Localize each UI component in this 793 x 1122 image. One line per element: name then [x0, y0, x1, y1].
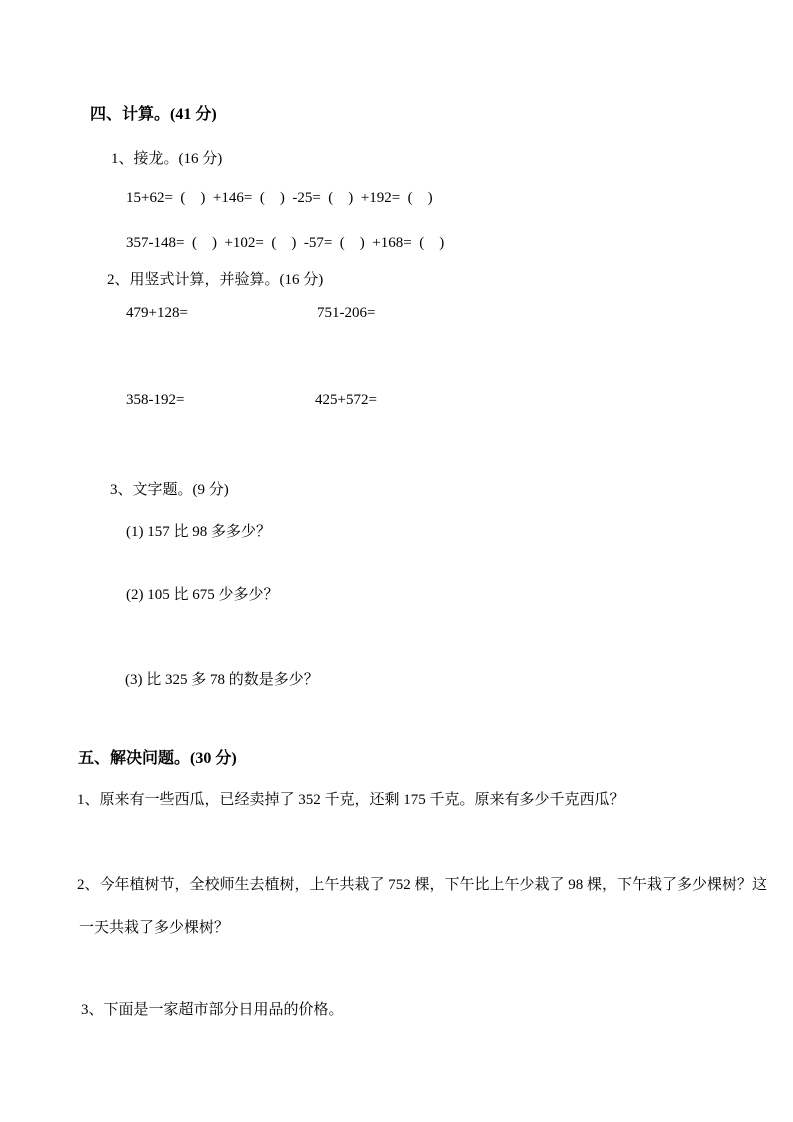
q3-item-3: (3) 比 325 多 78 的数是多少？ — [125, 671, 319, 690]
q2-title: 2、用竖式计算，并验算。(16 分) — [107, 271, 323, 290]
section-four-title: 四、计算。(41 分) — [90, 105, 217, 125]
q3-item-1: (1) 157 比 98 多多少？ — [126, 523, 271, 542]
solve-problem-1: 1、原来有一些西瓜，已经卖掉了 352 千克，还剩 175 千克。原来有多少千克… — [77, 791, 625, 810]
worksheet-page: 四、计算。(41 分) 1、接龙。(16 分) 15+62= ( ) +146=… — [0, 0, 793, 1122]
q3-item-2: (2) 105 比 675 少多少？ — [126, 586, 279, 605]
q1-title: 1、接龙。(16 分) — [111, 150, 222, 169]
q2-expression-1: 479+128= — [126, 304, 188, 323]
solve-problem-2-line2: 一天共栽了多少棵树？ — [79, 919, 229, 938]
q2-expression-2: 751-206= — [317, 304, 375, 323]
section-five-title: 五、解决问题。(30 分) — [78, 749, 237, 769]
solve-problem-2-line1: 2、今年植树节，全校师生去植树，上午共栽了 752 棵，下午比上午少栽了 98 … — [77, 876, 767, 895]
q1-chain-line-1: 15+62= ( ) +146= ( ) -25= ( ) +192= ( ) — [126, 189, 433, 208]
q3-title: 3、文字题。(9 分) — [110, 481, 229, 500]
solve-problem-3: 3、下面是一家超市部分日用品的价格。 — [81, 1001, 344, 1020]
q2-expression-4: 425+572= — [315, 391, 377, 410]
q2-expression-3: 358-192= — [126, 391, 184, 410]
q1-chain-line-2: 357-148= ( ) +102= ( ) -57= ( ) +168= ( … — [126, 234, 444, 253]
